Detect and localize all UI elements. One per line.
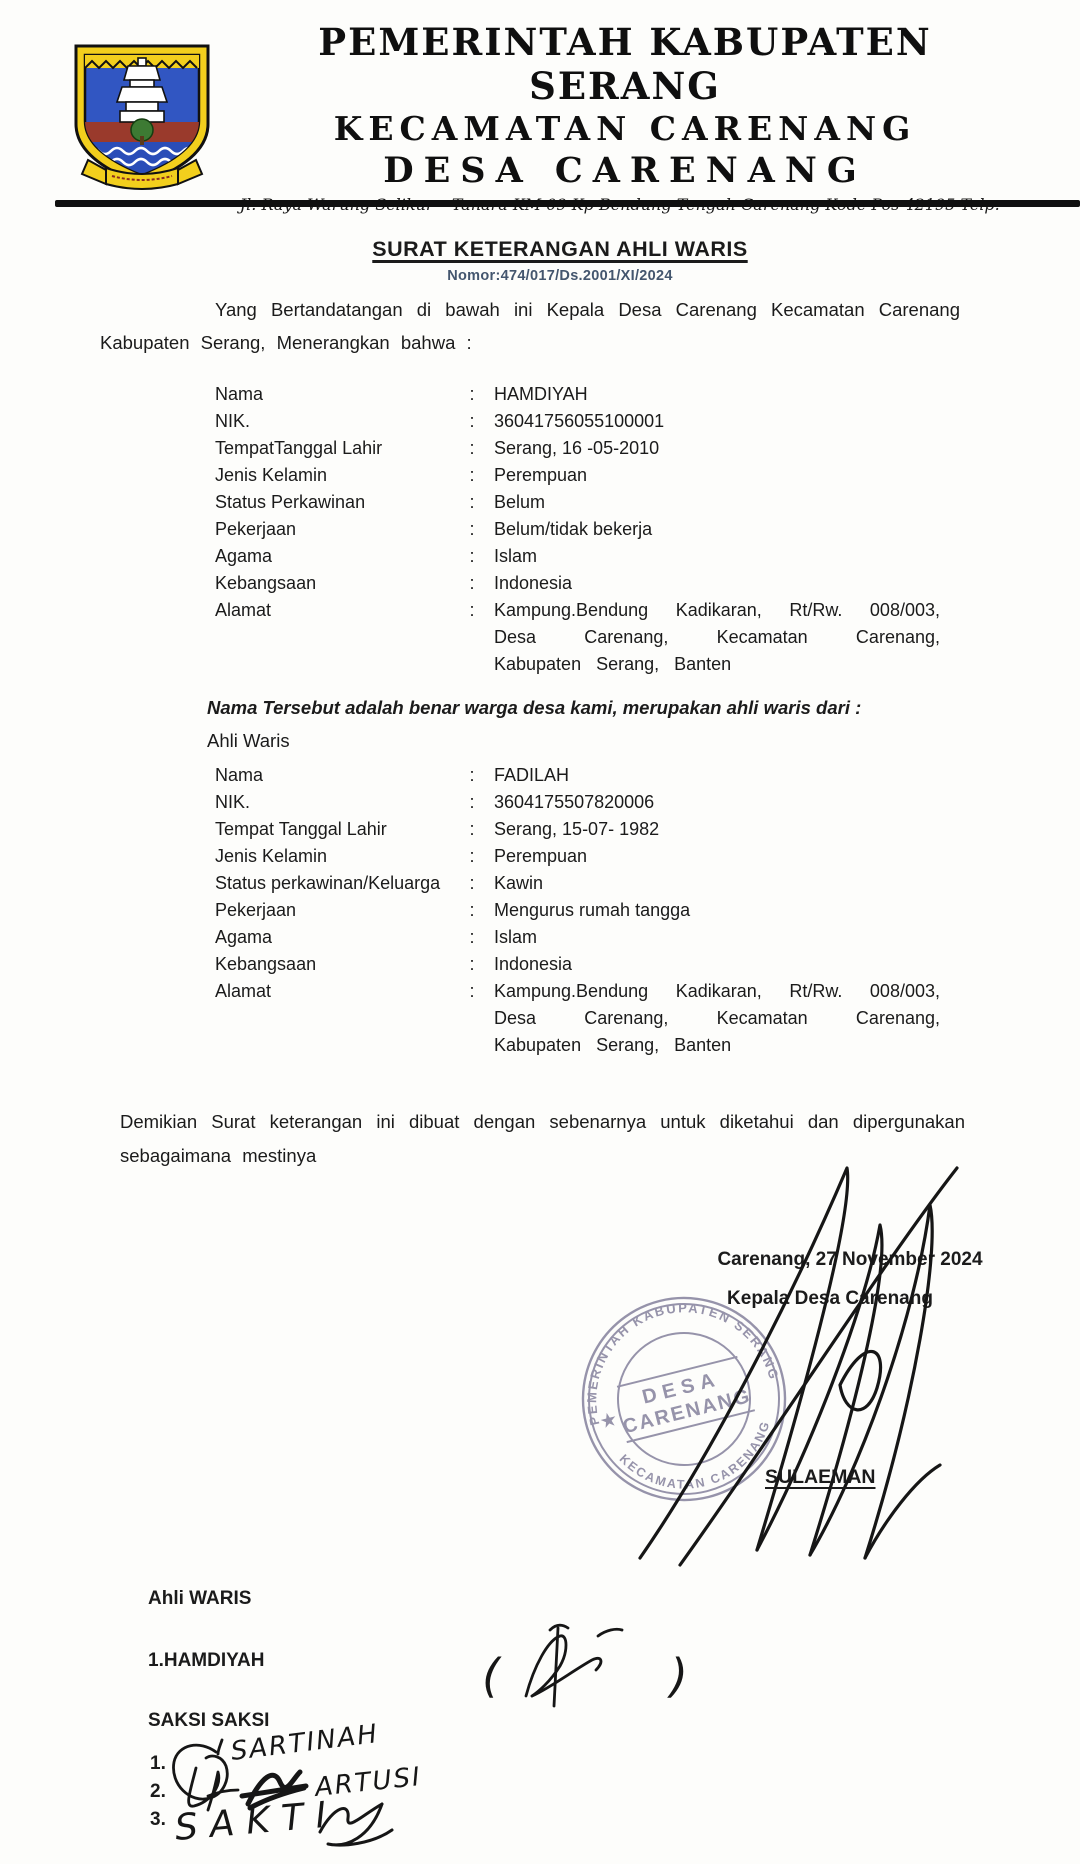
field-value: HAMDIYAH <box>494 381 940 408</box>
field-label: Status perkawinan/Keluarga <box>215 870 450 897</box>
colon-separator: : <box>462 543 482 570</box>
colon-separator: : <box>462 897 482 924</box>
field-label: TempatTanggal Lahir <box>215 435 450 462</box>
field-value: Indonesia <box>494 951 940 978</box>
scanned-letter-page: PEMERINTAH KABUPATEN SERANG KECAMATAN CA… <box>0 0 1080 1864</box>
field-label: Nama <box>215 381 450 408</box>
field-value: Islam <box>494 924 940 951</box>
heir-signature: ( ) <box>482 1625 688 1706</box>
table-row: Kebangsaan:Indonesia <box>215 570 941 597</box>
field-label: Jenis Kelamin <box>215 843 450 870</box>
colon-separator: : <box>462 408 482 435</box>
table-row: NIK.:3604175507820006 <box>215 789 941 816</box>
colon-separator: : <box>462 462 482 489</box>
field-value: Islam <box>494 543 940 570</box>
field-value: Serang, 16 -05-2010 <box>494 435 940 462</box>
colon-separator: : <box>462 789 482 816</box>
field-value: Perempuan <box>494 843 940 870</box>
table-row: Alamat:Kampung.Bendung Kadikaran, Rt/Rw.… <box>215 597 941 678</box>
table-row: Alamat:Kampung.Bendung Kadikaran, Rt/Rw.… <box>215 978 941 1059</box>
table-row: Jenis Kelamin:Perempuan <box>215 843 941 870</box>
field-label: Agama <box>215 924 450 951</box>
middle-subheading: Ahli Waris <box>207 730 290 752</box>
colon-separator: : <box>462 978 482 1059</box>
field-label: NIK. <box>215 789 450 816</box>
field-label: Kebangsaan <box>215 570 450 597</box>
table-row: Pekerjaan:Belum/tidak bekerja <box>215 516 941 543</box>
field-value: Serang, 15-07- 1982 <box>494 816 940 843</box>
letterhead-divider <box>55 200 1080 207</box>
field-value: Kampung.Bendung Kadikaran, Rt/Rw. 008/00… <box>494 597 940 678</box>
colon-separator: : <box>462 843 482 870</box>
field-value: Belum <box>494 489 940 516</box>
field-label: NIK. <box>215 408 450 435</box>
witness-name-handwritten: SARTINAH <box>229 1719 380 1767</box>
deceased-data-table: Nama:FADILAH NIK.:3604175507820006 Tempa… <box>215 762 941 1059</box>
field-value: Kawin <box>494 870 940 897</box>
witness-name-handwritten: SAKTI <box>173 1794 340 1849</box>
colon-separator: : <box>462 381 482 408</box>
table-row: Kebangsaan:Indonesia <box>215 951 941 978</box>
intro-paragraph: Yang Bertandatangan di bawah ini Kepala … <box>100 293 960 359</box>
document-title: SURAT KETERANGAN AHLI WARIS <box>40 237 1080 262</box>
serang-regency-crest-logo <box>70 24 214 190</box>
document-title-text: SURAT KETERANGAN AHLI WARIS <box>372 237 747 261</box>
field-value: Perempuan <box>494 462 940 489</box>
field-label: Nama <box>215 762 450 789</box>
field-label: Jenis Kelamin <box>215 462 450 489</box>
table-row: Status perkawinan/Keluarga:Kawin <box>215 870 941 897</box>
field-value: Kampung.Bendung Kadikaran, Rt/Rw. 008/00… <box>494 978 940 1059</box>
paren-close: ) <box>667 1649 688 1703</box>
table-row: Nama:HAMDIYAH <box>215 381 941 408</box>
signer-name: SULAEMAN <box>765 1466 876 1489</box>
field-value: FADILAH <box>494 762 940 789</box>
colon-separator: : <box>462 516 482 543</box>
paren-open: ( <box>482 1649 502 1703</box>
table-row: Status Perkawinan:Belum <box>215 489 941 516</box>
letterhead-line3: DESA CARENANG <box>225 149 1025 192</box>
table-row: Pekerjaan:Mengurus rumah tangga <box>215 897 941 924</box>
colon-separator: : <box>462 924 482 951</box>
field-value: Belum/tidak bekerja <box>494 516 940 543</box>
field-label: Alamat <box>215 597 450 678</box>
colon-separator: : <box>462 435 482 462</box>
table-row: TempatTanggal Lahir:Serang, 16 -05-2010 <box>215 435 941 462</box>
document-number: Nomor:474/017/Ds.2001/XI/2024 <box>40 268 1080 284</box>
village-head-signature <box>585 1150 975 1570</box>
colon-separator: : <box>462 597 482 678</box>
letterhead: PEMERINTAH KABUPATEN SERANG KECAMATAN CA… <box>225 20 1025 214</box>
field-label: Status Perkawinan <box>215 489 450 516</box>
field-value: Indonesia <box>494 570 940 597</box>
letterhead-line2: KECAMATAN CARENANG <box>225 108 1025 149</box>
field-value: Mengurus rumah tangga <box>494 897 940 924</box>
field-value: 36041756055100001 <box>494 408 940 435</box>
table-row: Agama:Islam <box>215 924 941 951</box>
table-row: Jenis Kelamin:Perempuan <box>215 462 941 489</box>
table-row: Tempat Tanggal Lahir:Serang, 15-07- 1982 <box>215 816 941 843</box>
letterhead-line1: PEMERINTAH KABUPATEN SERANG <box>225 20 1025 108</box>
field-label: Pekerjaan <box>215 516 450 543</box>
table-row: Nama:FADILAH <box>215 762 941 789</box>
colon-separator: : <box>462 870 482 897</box>
middle-note: Nama Tersebut adalah benar warga desa ka… <box>207 697 861 719</box>
field-label: Agama <box>215 543 450 570</box>
colon-separator: : <box>462 816 482 843</box>
table-row: NIK.:36041756055100001 <box>215 408 941 435</box>
field-label: Pekerjaan <box>215 897 450 924</box>
table-row: Agama:Islam <box>215 543 941 570</box>
colon-separator: : <box>462 762 482 789</box>
field-label: Alamat <box>215 978 450 1059</box>
colon-separator: : <box>462 489 482 516</box>
colon-separator: : <box>462 951 482 978</box>
colon-separator: : <box>462 570 482 597</box>
field-label: Kebangsaan <box>215 951 450 978</box>
heir-data-table: Nama:HAMDIYAH NIK.:36041756055100001 Tem… <box>215 381 941 678</box>
field-value: 3604175507820006 <box>494 789 940 816</box>
field-label: Tempat Tanggal Lahir <box>215 816 450 843</box>
footer-signatures: ( ) SARTINAH <box>130 1600 730 1864</box>
